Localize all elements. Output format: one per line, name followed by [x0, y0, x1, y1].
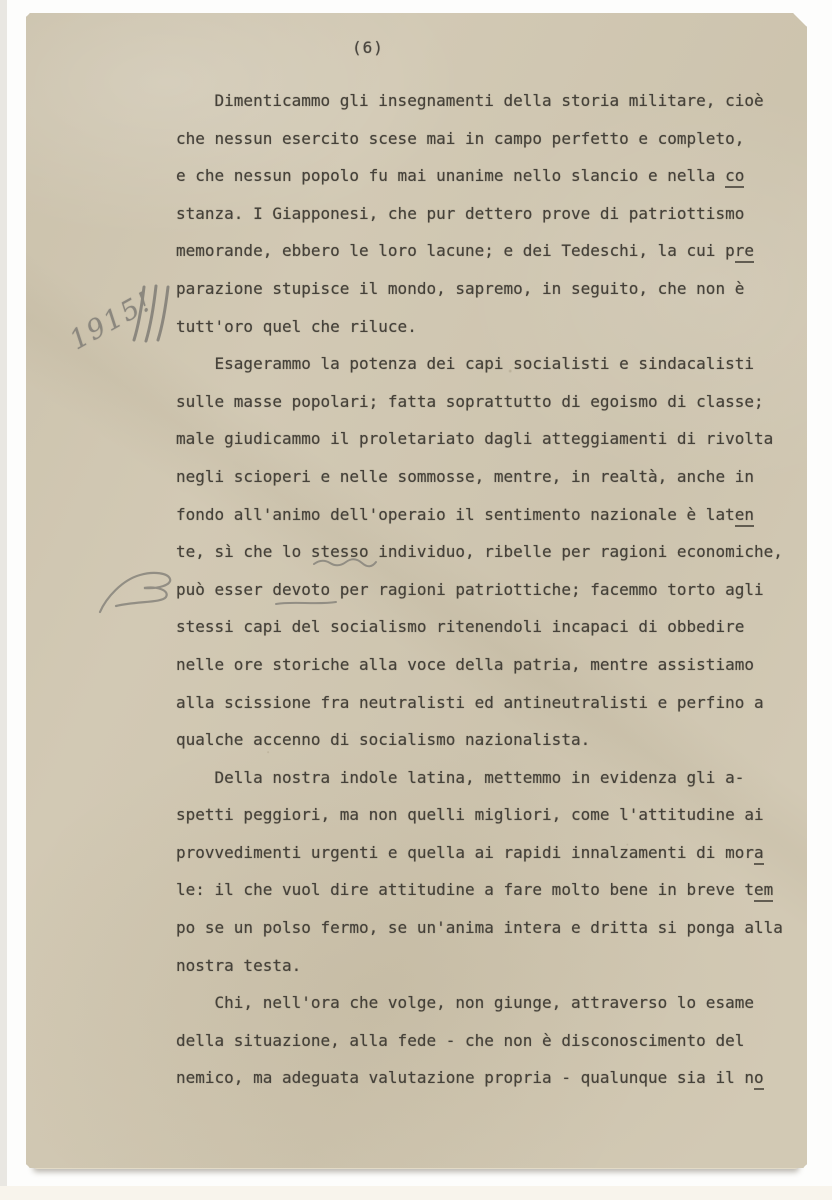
tally-marks [128, 284, 172, 344]
typed-line: alla scissione fra neutralisti ed antine… [176, 684, 826, 722]
typed-line: Esagerammo la potenza dei capi socialist… [176, 345, 826, 383]
typed-line: negli scioperi e nelle sommosse, mentre,… [176, 458, 826, 496]
pencil-underline-devoto [274, 598, 338, 608]
typed-line: memorande, ebbero le loro lacune; e dei … [176, 232, 826, 270]
typed-line: spetti peggiori, ma non quelli migliori,… [176, 796, 826, 834]
scanner-strip-bottom [0, 1186, 832, 1200]
typed-line: della situazione, alla fede - che non è … [176, 1022, 826, 1060]
typed-line: Chi, nell'ora che volge, non giunge, att… [176, 984, 826, 1022]
typed-line: che nessun esercito scese mai in campo p… [176, 120, 826, 158]
typed-line: stanza. I Giapponesi, che pur dettero pr… [176, 195, 826, 233]
typed-line: po se un polso fermo, se un'anima intera… [176, 909, 826, 947]
typed-line: qualche accenno di socialismo nazionalis… [176, 721, 826, 759]
typed-line: nelle ore storiche alla voce della patri… [176, 646, 826, 684]
typed-line: le: il che vuol dire attitudine a fare m… [176, 871, 826, 909]
typed-line: te, sì che lo stesso individuo, ribelle … [176, 533, 826, 571]
scanner-strip-left [0, 0, 7, 1186]
pencil-flourish [96, 570, 176, 618]
typed-line: Dimenticammo gli insegnamenti della stor… [176, 82, 826, 120]
document-page: (6) Dimenticammo gli insegnamenti della … [26, 13, 807, 1168]
typed-line: parazione stupisce il mondo, sapremo, in… [176, 270, 826, 308]
typed-line: stessi capi del socialismo ritenendoli i… [176, 608, 826, 646]
page-number: (6) [352, 38, 384, 57]
typed-line: provvedimenti urgenti e quella ai rapidi… [176, 834, 826, 872]
typed-line: Della nostra indole latina, mettemmo in … [176, 759, 826, 797]
pencil-underline-stesso [312, 556, 378, 568]
typed-line: sulle masse popolari; fatta soprattutto … [176, 383, 826, 421]
typed-line: e che nessun popolo fu mai unanime nello… [176, 157, 826, 195]
typed-text: Dimenticammo gli insegnamenti della stor… [176, 82, 826, 1097]
typed-line: fondo all'animo dell'operaio il sentimen… [176, 496, 826, 534]
typed-line: nostra testa. [176, 947, 826, 985]
typed-line: tutt'oro quel che riluce. [176, 308, 826, 346]
typed-line: male giudicammo il proletariato dagli at… [176, 420, 826, 458]
typed-line: nemico, ma adeguata valutazione propria … [176, 1059, 826, 1097]
